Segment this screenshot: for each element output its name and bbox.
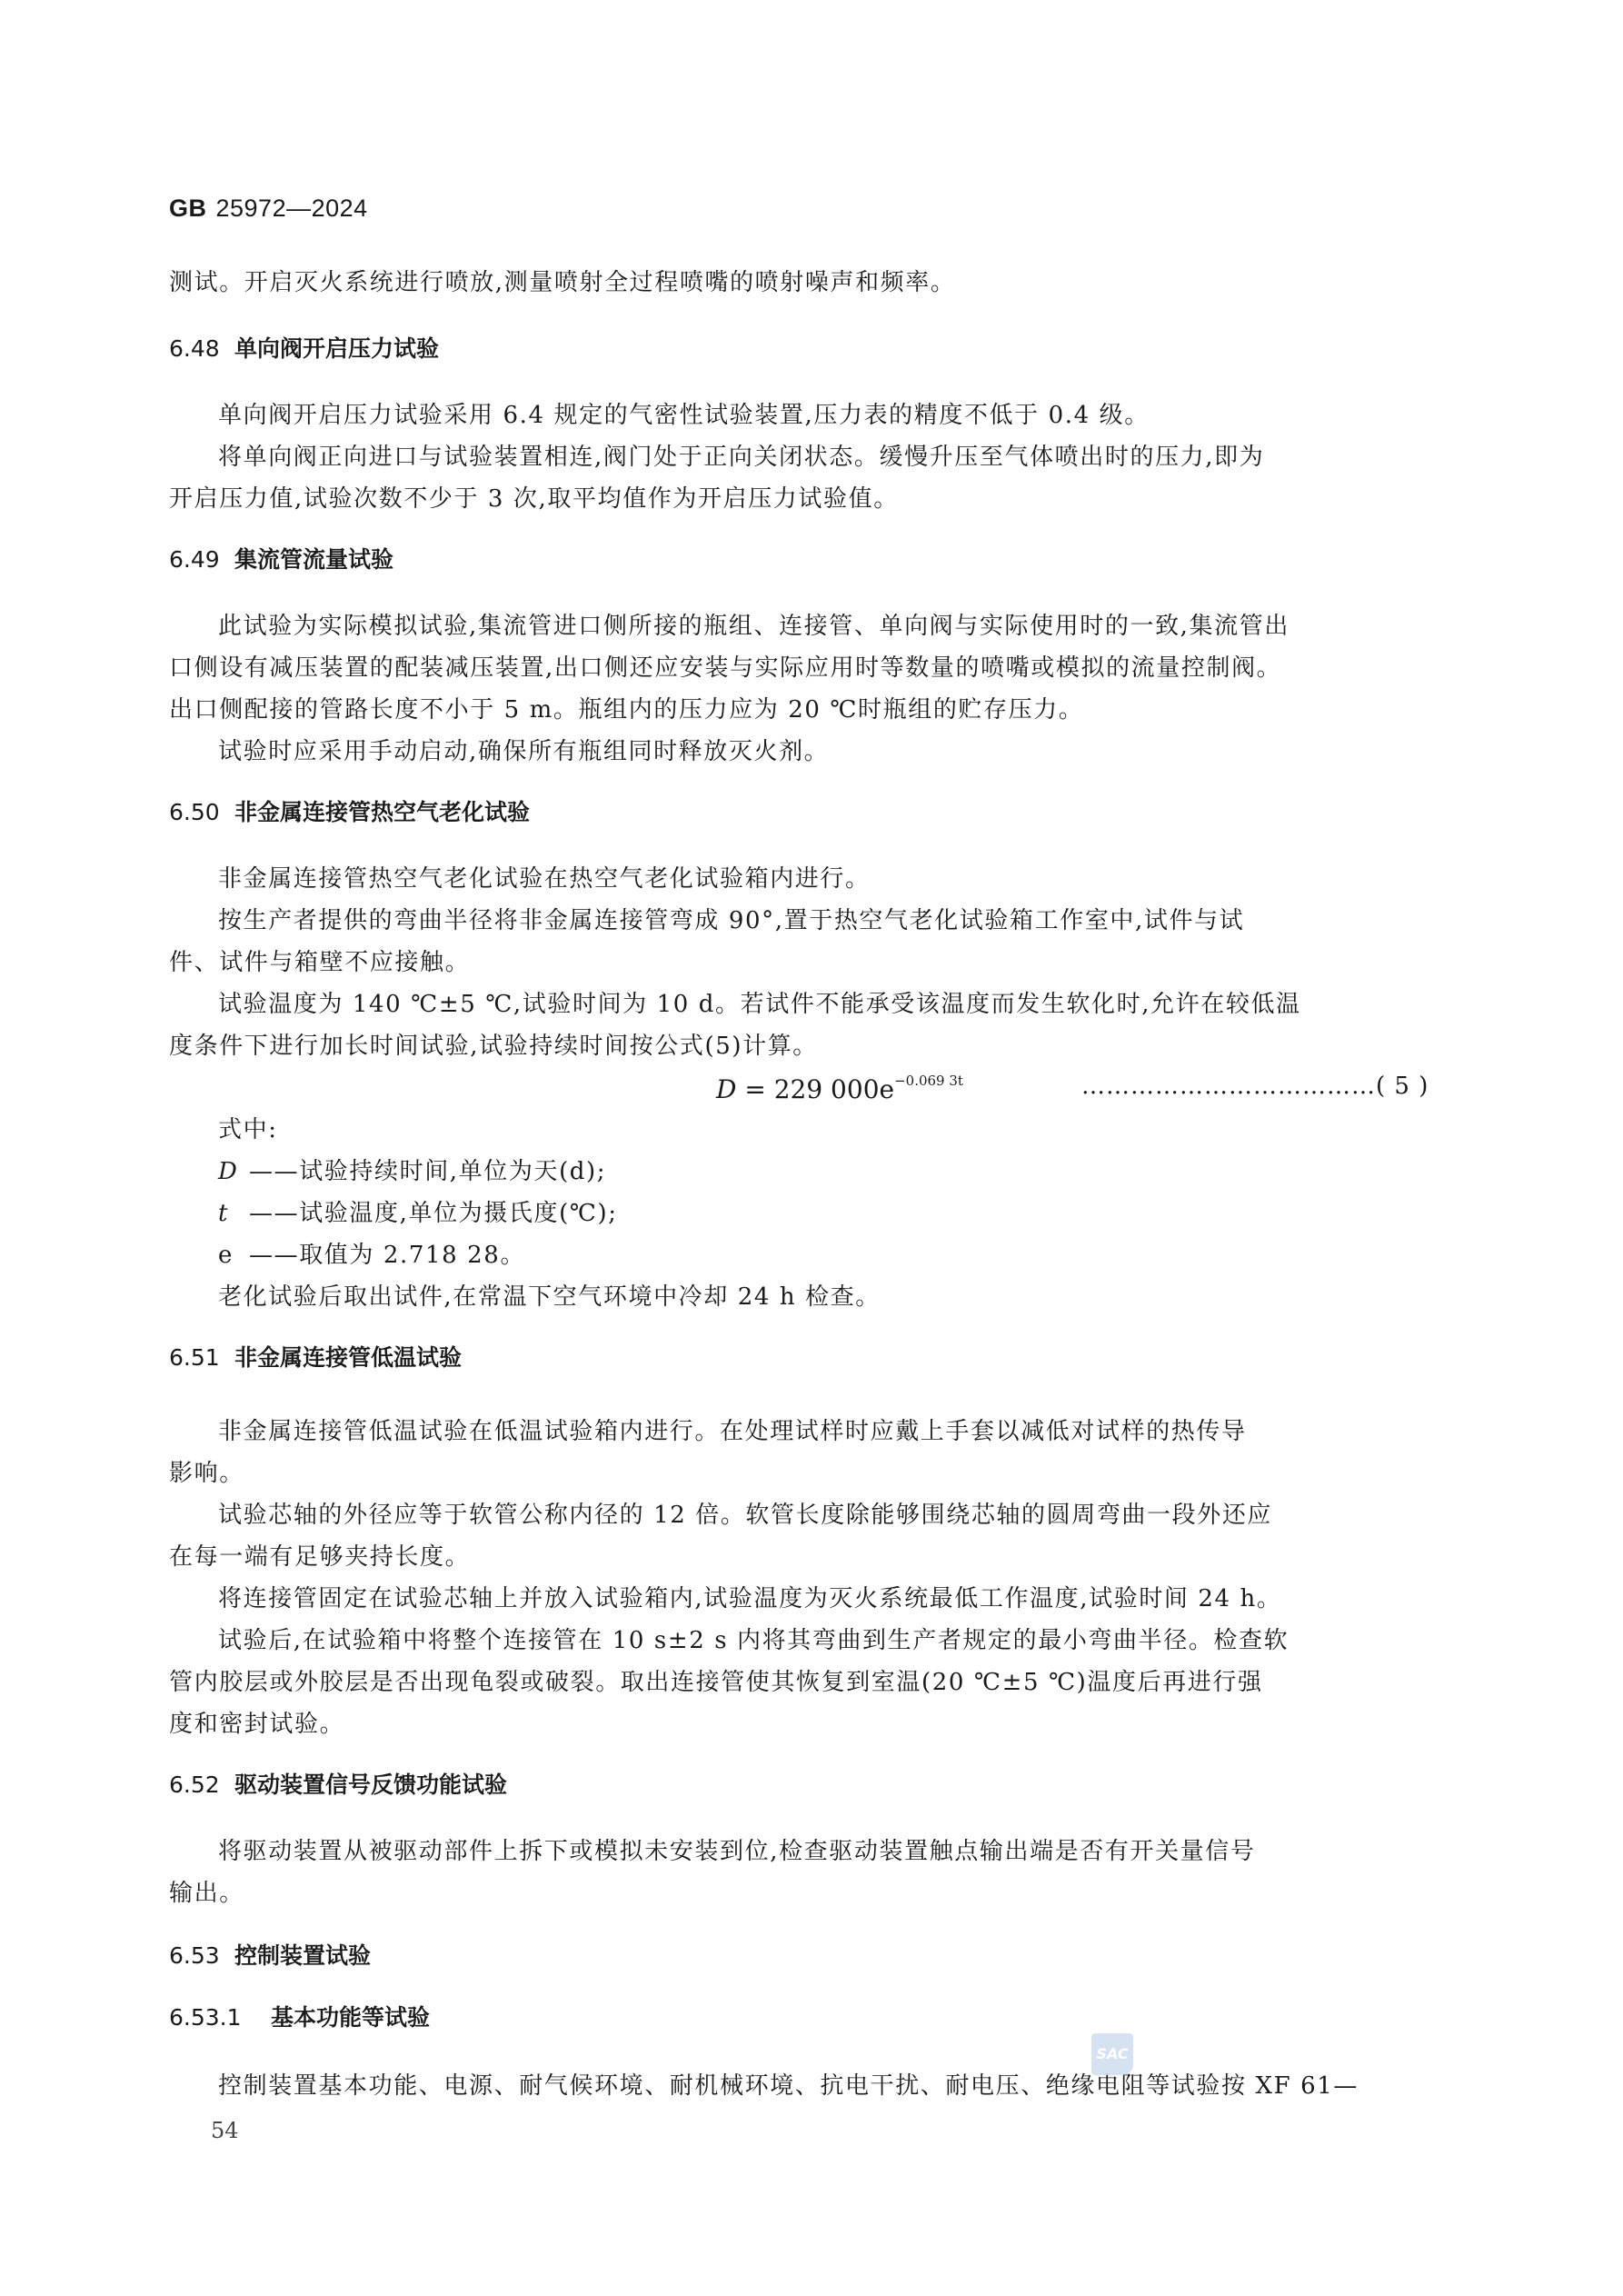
where-item: e——取值为 2.718 28。 (218, 1238, 1456, 1273)
where-label: 式中: (218, 1113, 1456, 1147)
paragraph-continuation: 度和密封试验。 (169, 1707, 1456, 1742)
paragraph: 试验温度为 140 ℃±5 ℃,试验时间为 10 d。若试件不能承受该温度而发生… (218, 987, 1456, 1022)
paragraph: 试验时应采用手动启动,确保所有瓶组同时释放灭火剂。 (218, 734, 1456, 769)
section-number: 6.50 (169, 796, 234, 829)
formula-rhs: = 229 000e (736, 1074, 894, 1104)
paragraph: 将单向阀正向进口与试验装置相连,阀门处于正向关闭状态。缓慢升压至气体喷出时的压力… (218, 440, 1456, 474)
formula-5: D = 229 000e−0.069 3t (716, 1073, 963, 1104)
paragraph: 非金属连接管低温试验在低温试验箱内进行。在处理试样时应戴上手套以减低对试样的热传… (218, 1414, 1456, 1449)
section-title: 基本功能等试验 (271, 2004, 430, 2031)
section-title: 单向阀开启压力试验 (234, 335, 439, 362)
where-symbol: D (218, 1154, 249, 1189)
page-number: 54 (211, 2118, 239, 2143)
paragraph-continuation: 开启压力值,试验次数不少于 3 次,取平均值作为开启压力试验值。 (169, 482, 1456, 516)
section-heading-6-50: 6.50非金属连接管热空气老化试验 (169, 796, 530, 829)
formula-lhs: D (716, 1074, 736, 1104)
paragraph: 测试。开启灭火系统进行喷放,测量喷射全过程喷嘴的喷射噪声和频率。 (169, 265, 1456, 300)
standard-code: GB25972—2024 (169, 195, 368, 223)
paragraph: 试验芯轴的外径应等于软管公称内径的 12 倍。软管长度除能够围绕芯轴的圆周弯曲一… (218, 1498, 1456, 1532)
paragraph: 老化试验后取出试件,在常温下空气环境中冷却 24 h 检查。 (218, 1280, 1456, 1314)
section-number: 6.51 (169, 1342, 234, 1374)
equation-leader: ……………………………… (1081, 1073, 1376, 1100)
document-page: GB25972—2024 测试。开启灭火系统进行喷放,测量喷射全过程喷嘴的喷射噪… (0, 0, 1623, 2296)
equation-label: ( 5 ) (1376, 1073, 1429, 1100)
section-title: 集流管流量试验 (234, 546, 393, 573)
standard-prefix: GB (169, 195, 207, 222)
where-desc: ——试验持续时间,单位为天(d); (249, 1158, 606, 1185)
paragraph: 控制装置基本功能、电源、耐气候环境、耐机械环境、抗电干扰、耐电压、绝缘电阻等试验… (218, 2069, 1456, 2103)
paragraph: 试验后,在试验箱中将整个连接管在 10 s±2 s 内将其弯曲到生产者规定的最小… (218, 1623, 1456, 1658)
section-number: 6.52 (169, 1769, 234, 1802)
paragraph: 非金属连接管热空气老化试验在热空气老化试验箱内进行。 (218, 862, 1456, 896)
section-heading-6-48: 6.48单向阀开启压力试验 (169, 333, 439, 365)
section-heading-6-53-1: 6.53.1基本功能等试验 (169, 2002, 430, 2034)
equation-number: ………………………………( 5 ) (1081, 1073, 1429, 1100)
paragraph-continuation: 出口侧配接的管路长度不小于 5 m。瓶组内的压力应为 20 ℃时瓶组的贮存压力。 (169, 693, 1456, 727)
section-title: 驱动装置信号反馈功能试验 (234, 1772, 507, 1798)
where-item: D——试验持续时间,单位为天(d); (218, 1154, 1456, 1189)
paragraph-continuation: 输出。 (169, 1876, 1456, 1911)
section-title: 控制装置试验 (234, 1942, 371, 1969)
formula-exponent: −0.069 3t (894, 1073, 963, 1089)
section-heading-6-51: 6.51非金属连接管低温试验 (169, 1342, 462, 1374)
paragraph-continuation: 度条件下进行加长时间试验,试验持续时间按公式(5)计算。 (169, 1029, 1456, 1063)
where-desc: ——取值为 2.718 28。 (249, 1242, 525, 1269)
section-heading-6-52: 6.52驱动装置信号反馈功能试验 (169, 1769, 507, 1802)
paragraph: 将连接管固定在试验芯轴上并放入试验箱内,试验温度为灭火系统最低工作温度,试验时间… (218, 1582, 1456, 1616)
paragraph-continuation: 口侧设有减压装置的配装减压装置,出口侧还应安装与实际应用时等数量的喷嘴或模拟的流… (169, 651, 1456, 685)
section-number: 6.53 (169, 1940, 234, 1972)
paragraph-continuation: 在每一端有足够夹持长度。 (169, 1540, 1456, 1574)
where-symbol: e (218, 1238, 249, 1273)
sac-watermark-logo: SAC (1091, 2033, 1133, 2075)
paragraph-continuation: 件、试件与箱壁不应接触。 (169, 945, 1456, 980)
section-number: 6.49 (169, 544, 234, 576)
paragraph: 此试验为实际模拟试验,集流管进口侧所接的瓶组、连接管、单向阀与实际使用时的一致,… (218, 609, 1456, 644)
section-title: 非金属连接管低温试验 (234, 1344, 462, 1371)
section-number: 6.53.1 (169, 2002, 271, 2034)
paragraph-continuation: 影响。 (169, 1456, 1456, 1491)
where-desc: ——试验温度,单位为摄氏度(℃); (249, 1200, 618, 1227)
where-symbol: t (218, 1196, 249, 1231)
paragraph: 按生产者提供的弯曲半径将非金属连接管弯成 90°,置于热空气老化试验箱工作室中,… (218, 903, 1456, 938)
where-item: t——试验温度,单位为摄氏度(℃); (218, 1196, 1456, 1231)
section-number: 6.48 (169, 333, 234, 365)
paragraph: 将驱动装置从被驱动部件上拆下或模拟未安装到位,检查驱动装置触点输出端是否有开关量… (218, 1834, 1456, 1869)
paragraph: 单向阀开启压力试验采用 6.4 规定的气密性试验装置,压力表的精度不低于 0.4… (218, 398, 1456, 433)
standard-number: 25972—2024 (216, 195, 368, 222)
section-heading-6-53: 6.53控制装置试验 (169, 1940, 371, 1972)
paragraph-continuation: 管内胶层或外胶层是否出现龟裂或破裂。取出连接管使其恢复到室温(20 ℃±5 ℃)… (169, 1665, 1456, 1700)
section-title: 非金属连接管热空气老化试验 (234, 799, 530, 825)
section-heading-6-49: 6.49集流管流量试验 (169, 544, 393, 576)
